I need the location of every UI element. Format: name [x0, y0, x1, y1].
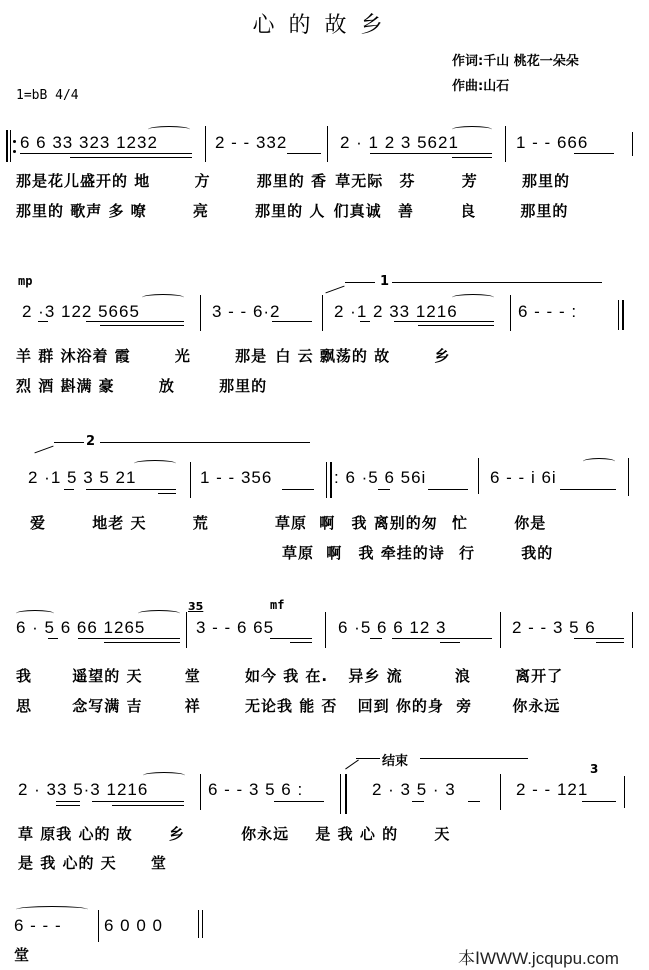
beam-underline: [56, 801, 80, 802]
beam-underline: [574, 638, 624, 639]
measure-22: 6 0 0 0: [104, 916, 163, 936]
beam-underline: [38, 321, 48, 322]
final-barline: [198, 910, 199, 938]
lyric: 你是: [514, 514, 546, 532]
slur: [16, 610, 54, 617]
slur: [143, 772, 185, 779]
barline: [632, 132, 633, 156]
repeat-start-barline: [330, 462, 332, 498]
beam-underline: [560, 489, 616, 490]
measure-5: 2 ·3 122 5665: [22, 302, 140, 322]
lyric: 放: [159, 377, 175, 395]
tie: [16, 906, 88, 913]
barline: [190, 462, 191, 498]
beam-underline: [440, 642, 460, 643]
measure-19: 2 · 3 5 · 3: [372, 780, 456, 800]
beam-underline: [468, 801, 480, 802]
slur: [452, 294, 494, 301]
lyric: 堂: [185, 667, 201, 685]
lyric: 念写满 吉: [72, 697, 142, 715]
volta-bracket: [356, 758, 380, 759]
measure-8: 6 - - - :: [518, 302, 577, 322]
dynamic-mp: mp: [18, 274, 32, 288]
lyric: 旁: [456, 697, 472, 715]
lyric-line-2: 烈 酒 斟满 豪 放 那里的: [16, 375, 267, 396]
lyric: 我的: [521, 544, 553, 562]
lyric: 良: [460, 202, 476, 220]
barline: [186, 612, 187, 648]
measure-16: 2 - - 3 5 6: [512, 618, 596, 638]
lyric-line-1: 草 原我 心的 故 乡 你永远 是 我 心 的 天: [18, 823, 450, 844]
beam-underline: [48, 638, 58, 639]
measure-14: 3 - - 6 65: [196, 618, 274, 638]
volta-bracket: [345, 282, 375, 283]
barline: [200, 295, 201, 331]
beam-underline: [92, 801, 184, 802]
beam-underline: [158, 493, 176, 494]
volta-1-label: 1: [380, 274, 389, 289]
measure-13: 6 · 5 6 66 1265: [16, 618, 145, 638]
volta-bracket: [345, 760, 359, 770]
barline: [618, 300, 619, 330]
lyric-line-2: 那里的 歌声 多 嘹 亮 那里的 人 们真诚 善 良 那里的: [16, 200, 568, 221]
measure-2: 2 - - 332: [215, 133, 287, 153]
lyric: 忙: [452, 514, 468, 532]
composer-credit: 作曲:山石: [452, 75, 509, 94]
repeat-start-barline: [6, 130, 8, 162]
beam-underline: [392, 638, 492, 639]
repeat-end-barline: [345, 774, 347, 814]
barline: [326, 462, 327, 498]
song-title: 心的故乡: [0, 8, 649, 39]
lyric: 思: [16, 697, 32, 715]
beam-underline: [290, 642, 312, 643]
beam-underline: [272, 321, 312, 322]
lyric: 草无际: [335, 172, 383, 190]
lyric: 那里的 歌声 多 嘹: [16, 202, 147, 220]
lyric: 祥: [185, 697, 201, 715]
lyric: 乡: [169, 825, 185, 843]
measure-18: 6 - - 3 5 6 :: [208, 780, 303, 800]
lyric: 荒: [193, 514, 209, 532]
beam-underline: [418, 325, 494, 326]
measure-9: 2 ·1 5 3 5 21: [28, 468, 136, 488]
lyric: 是 我 心的 天: [18, 854, 117, 872]
lyric-line-2: 思 念写满 吉 祥 无论我 能 否 回到 你的身 旁 你永远: [16, 695, 560, 716]
lyric-line-1: 那是花儿盛开的 地 方 那里的 香 草无际 芬 芳 那里的: [16, 170, 570, 191]
barline: [510, 295, 511, 331]
triplet-mark: 3: [590, 762, 598, 776]
beam-underline: [360, 321, 370, 322]
lyric: 那是: [235, 347, 267, 365]
volta-bracket: [100, 442, 310, 443]
volta-2-label: 2: [86, 434, 95, 449]
slur: [583, 458, 615, 465]
measure-15: 6 ·5 6 6 12 3: [338, 618, 446, 638]
lyric: 方: [194, 172, 210, 190]
beam-underline: [394, 321, 494, 322]
beam-underline: [370, 638, 382, 639]
beam-underline: [287, 153, 321, 154]
lyric: 堂: [14, 944, 30, 965]
beam-underline: [86, 489, 176, 490]
lyric: 芳: [462, 172, 478, 190]
volta-bracket: [54, 442, 84, 443]
lyric: 善: [398, 202, 414, 220]
lyric: 光: [175, 347, 191, 365]
measure-10: 1 - - 356: [200, 468, 272, 488]
barline: [632, 612, 633, 648]
lyric: 们真诚: [334, 202, 382, 220]
beam-underline: [100, 325, 184, 326]
beam-underline: [574, 153, 614, 154]
measure-7: 2 ·1 2 33 1216: [334, 302, 458, 322]
lyric-line-2: 草原 啊 我 牵挂的诗 行 我的: [282, 542, 553, 563]
beam-underline: [104, 642, 180, 643]
lyric: 那是花儿盛开的 地: [16, 172, 150, 190]
barline: [205, 126, 206, 162]
lyric: 天: [434, 825, 450, 843]
beam-underline: [274, 801, 324, 802]
barline: [327, 126, 328, 162]
lyric: 无论我 能 否: [245, 697, 337, 715]
lyric: 羊 群 沐浴着 霞: [16, 347, 131, 365]
lyric: 爱: [30, 514, 46, 532]
barline: [478, 458, 479, 494]
measure-4: 1 - - 666: [516, 133, 588, 153]
final-barline: [202, 910, 203, 938]
lyric: 芬: [399, 172, 415, 190]
barline: [500, 612, 501, 648]
beam-underline: [452, 157, 492, 158]
lyric: 回到 你的身: [358, 697, 444, 715]
barline: [98, 910, 99, 942]
dynamic-mf: mf: [270, 598, 284, 612]
barline: [624, 776, 625, 808]
beam-underline: [78, 638, 180, 639]
lyric: 离开了: [515, 667, 563, 685]
lyric-line-2: 是 我 心的 天 堂: [18, 852, 167, 873]
measure-12: 6 - - i 6i: [490, 468, 557, 488]
lyric: 浪: [455, 667, 471, 685]
volta-bracket: [420, 758, 528, 759]
lyric: 堂: [151, 854, 167, 872]
lyric-line-1: 爱 地老 天 荒 草原 啊 我 离别的匆 忙 你是: [30, 512, 546, 533]
lyric: 亮: [193, 202, 209, 220]
volta-bracket: [325, 286, 344, 294]
lyric: 啊: [319, 514, 335, 532]
beam-underline: [596, 642, 624, 643]
beam-underline: [378, 489, 390, 490]
grace-notes: 35: [188, 600, 203, 613]
lyric: 那里的: [219, 377, 267, 395]
watermark: 本ⅠWWW.jcqupu.com: [458, 944, 619, 969]
measure-11: : 6 ·5 6 56i: [334, 468, 426, 488]
beam-underline: [70, 157, 192, 158]
barline: [628, 458, 629, 496]
lyric: 乡: [434, 347, 450, 365]
lyric: 我 牵挂的诗: [359, 544, 445, 562]
beam-underline: [370, 153, 492, 154]
volta-end-label: 结束: [382, 750, 408, 769]
beam-underline: [86, 321, 184, 322]
barline: [10, 130, 11, 162]
lyric: 地老 天: [92, 514, 146, 532]
lyricist-credit: 作词:千山 桃花一朵朵: [452, 50, 579, 69]
barline: [325, 612, 326, 648]
lyric: 你永远: [241, 825, 289, 843]
beam-underline: [412, 801, 424, 802]
slur: [134, 460, 176, 467]
lyric: 那里的 人: [255, 202, 325, 220]
lyric-line-1: 羊 群 沐浴着 霞 光 那是 白 云 飘荡的 故 乡: [16, 345, 450, 366]
beam-underline: [270, 638, 312, 639]
lyric: 行: [459, 544, 475, 562]
slur: [142, 294, 184, 301]
measure-20: 2 - - 121: [516, 780, 588, 800]
beam-underline: [428, 489, 468, 490]
repeat-dot: [13, 150, 16, 153]
slur: [138, 610, 180, 617]
volta-bracket: [34, 446, 53, 454]
barline: [340, 774, 341, 814]
lyric: 异乡 流: [348, 667, 402, 685]
lyric: 我: [16, 667, 32, 685]
lyric: 烈 酒 斟满 豪: [16, 377, 115, 395]
lyric: 你永远: [512, 697, 560, 715]
lyric: 草 原我 心的 故: [18, 825, 133, 843]
beam-underline: [282, 489, 314, 490]
lyric: 是 我 心 的: [315, 825, 398, 843]
barline: [200, 774, 201, 810]
lyric: 那里的 香: [257, 172, 327, 190]
measure-21: 6 - - -: [14, 916, 62, 936]
barline: [322, 295, 323, 331]
measure-1: 6 6 33 323 1232: [20, 133, 158, 153]
measure-17: 2 · 33 5·3 1216: [18, 780, 148, 800]
lyric: 我 离别的匆: [351, 514, 437, 532]
barline: [500, 774, 501, 810]
beam-underline: [582, 801, 616, 802]
volta-bracket: [392, 282, 602, 283]
slur: [452, 126, 492, 133]
repeat-end-barline: [622, 300, 624, 330]
beam-underline: [56, 805, 80, 806]
slur: [148, 126, 190, 133]
lyric: 啊: [326, 544, 342, 562]
lyric: 如今 我 在.: [245, 667, 328, 685]
measure-6: 3 - - 6·2: [212, 302, 281, 322]
lyric: 那里的: [520, 202, 568, 220]
key-signature: 1=bB 4/4: [16, 88, 79, 103]
barline: [505, 126, 506, 162]
lyric: 草原: [275, 514, 307, 532]
beam-underline: [64, 489, 74, 490]
measure-3: 2 · 1 2 3 5621: [340, 133, 459, 153]
lyric: 遥望的 天: [72, 667, 142, 685]
lyric-line-1: 我 遥望的 天 堂 如今 我 在. 异乡 流 浪 离开了: [16, 665, 563, 686]
beam-underline: [20, 153, 192, 154]
lyric: 那里的: [522, 172, 570, 190]
repeat-dot: [13, 140, 16, 143]
lyric: 白 云 飘荡的 故: [275, 347, 390, 365]
lyric: 草原: [282, 544, 314, 562]
beam-underline: [112, 805, 184, 806]
